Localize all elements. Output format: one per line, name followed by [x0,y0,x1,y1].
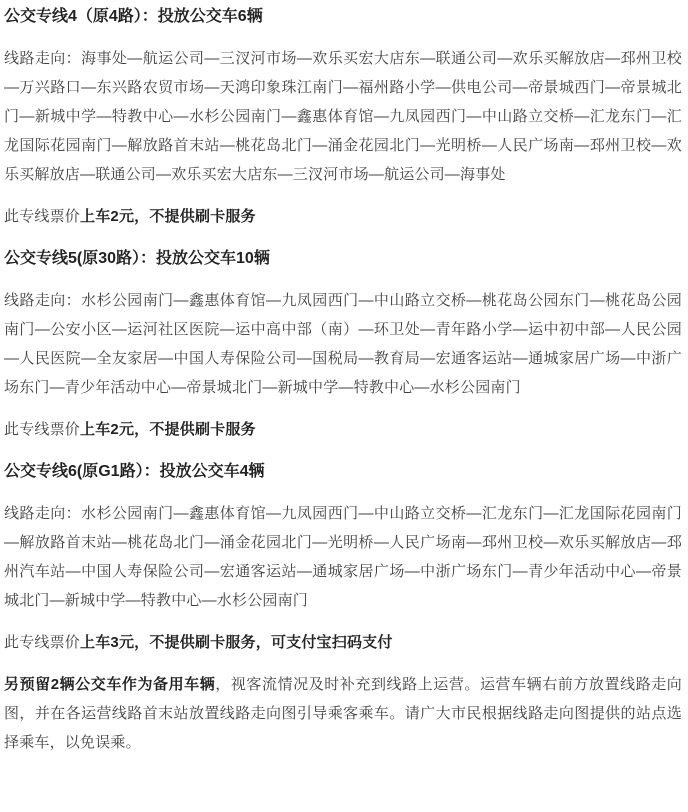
section-heading-line-4: 公交专线4（原4路）：投放公交车6辆 [4,2,682,31]
fare-line-5: 此专线票价上车2元，不提供刷卡服务 [4,415,682,444]
fare-amount: 上车3元，不提供刷卡服务，可支付宝扫码支付 [80,634,393,651]
reserve-vehicles-bold: 另预留2辆公交车作为备用车辆 [4,676,215,693]
route-description-line-4: 线路走向：海事处—航运公司—三汊河市场—欢乐买宏大店东—联通公司—欢乐买解放店—… [4,44,682,189]
section-heading-line-6: 公交专线6(原G1路）：投放公交车4辆 [4,457,682,486]
bus-route-notice-document: 公交专线4（原4路）：投放公交车6辆 线路走向：海事处—航运公司—三汊河市场—欢… [0,0,688,757]
fare-amount: 上车2元，不提供刷卡服务 [80,421,256,438]
fare-line-4: 此专线票价上车2元，不提供刷卡服务 [4,202,682,231]
fare-amount: 上车2元，不提供刷卡服务 [80,208,256,225]
reserve-vehicles-note: 另预留2辆公交车作为备用车辆，视客流情况及时补充到线路上运营。运营车辆右前方放置… [4,670,682,757]
fare-prefix: 此专线票价 [4,421,80,438]
fare-line-6: 此专线票价上车3元，不提供刷卡服务，可支付宝扫码支付 [4,628,682,657]
fare-prefix: 此专线票价 [4,208,80,225]
route-description-line-5: 线路走向：水杉公园南门—鑫惠体育馆—九凤园西门—中山路立交桥—桃花岛公园东门—桃… [4,286,682,402]
section-heading-line-5: 公交专线5(原30路）：投放公交车10辆 [4,244,682,273]
fare-prefix: 此专线票价 [4,634,80,651]
route-description-line-6: 线路走向：水杉公园南门—鑫惠体育馆—九凤园西门—中山路立交桥—汇龙东门—汇龙国际… [4,499,682,615]
